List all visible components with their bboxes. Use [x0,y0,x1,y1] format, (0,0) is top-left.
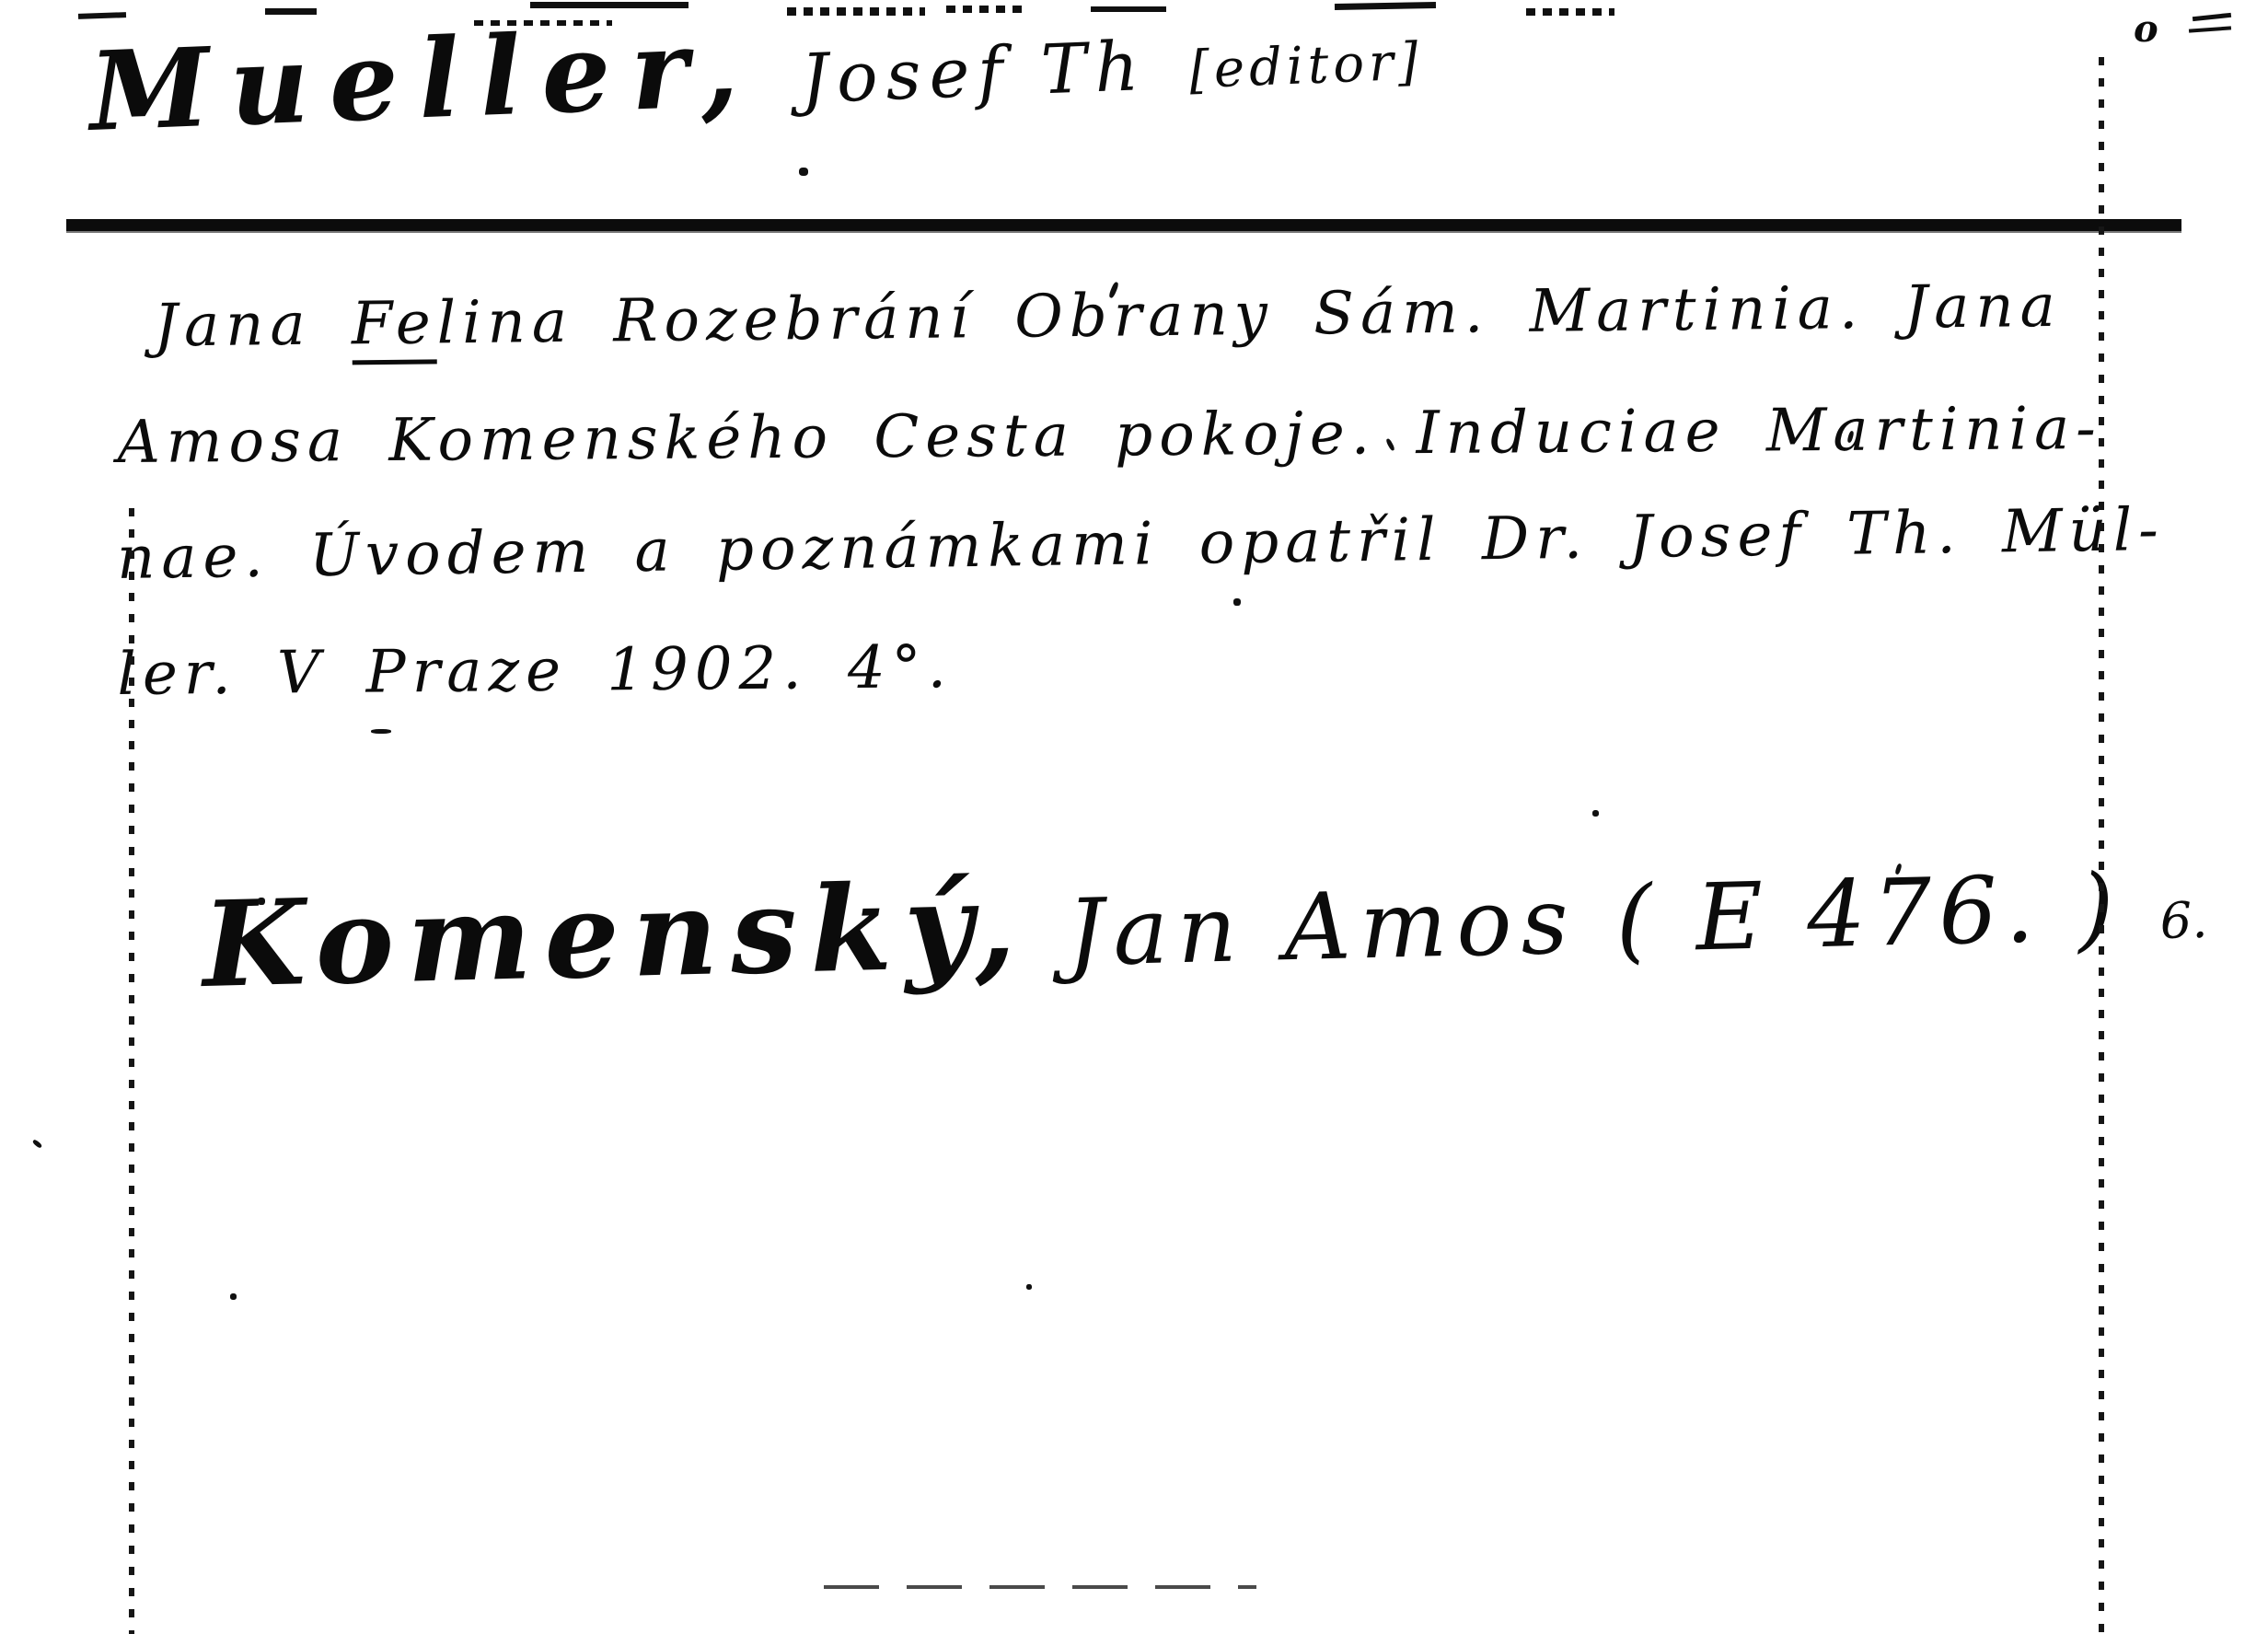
author-heading: Mueller, Josef Th [editor] [87,0,1425,156]
scan-speck [1592,810,1599,817]
cross-reference-copy-number: 6. [2159,891,2208,950]
left-margin-dotted-line [129,508,134,1634]
author-surname: Mueller, [87,2,761,156]
author-forename: Josef Th [800,27,1149,119]
scan-noise [2193,13,2231,21]
scan-noise [2189,26,2231,32]
header-rule [66,219,2181,231]
scan-speck [799,168,808,176]
margin-note: o [2134,7,2158,51]
cross-reference-name: Komenský, [201,856,1030,1014]
title-transcription: Jana Felina Rozebrání Obrany Sám. Martin… [118,269,2124,733]
right-margin-dotted-line [2099,57,2104,1634]
scan-noise [1335,2,1436,10]
scan-noise [530,2,688,8]
title-line-1-underlined: Fe [351,289,437,365]
scan-noise [474,20,612,26]
title-line-1: Jana Felina Rozebrání Obrany Sám. Martin… [117,248,2124,385]
cross-reference-forename: Jan Amos [1066,867,1579,988]
scan-speck [1026,1284,1032,1290]
scan-speck [1233,598,1241,606]
scan-speck [230,1293,237,1300]
scan-speck [32,1139,43,1149]
scan-noise [787,7,925,16]
scan-speck [258,898,265,905]
title-line-4: ler. V Praze 1902. 4°. [117,599,2124,733]
title-line-1-post: lina Rozebrání Obrany Sám. Martinia. Jan… [436,272,2062,357]
scan-noise [946,6,1025,13]
scan-noise [265,8,317,15]
author-role-bracket: [editor] [1188,31,1424,100]
cross-reference-shelfmark: ( E 476. ) [1614,853,2123,973]
cross-reference-line: Komenský, Jan Amos ( E 476. ) 6. [201,828,2208,1014]
scan-noise [1091,6,1166,12]
scan-noise [1526,8,1614,16]
scan-noise [824,1585,1256,1589]
scan-speck [371,729,391,734]
title-line-1-pre: Jana [154,290,352,360]
scan-noise [78,12,126,19]
scanned-catalog-card: { "card": { "heading": { "surname": "Mue… [0,0,2268,1634]
